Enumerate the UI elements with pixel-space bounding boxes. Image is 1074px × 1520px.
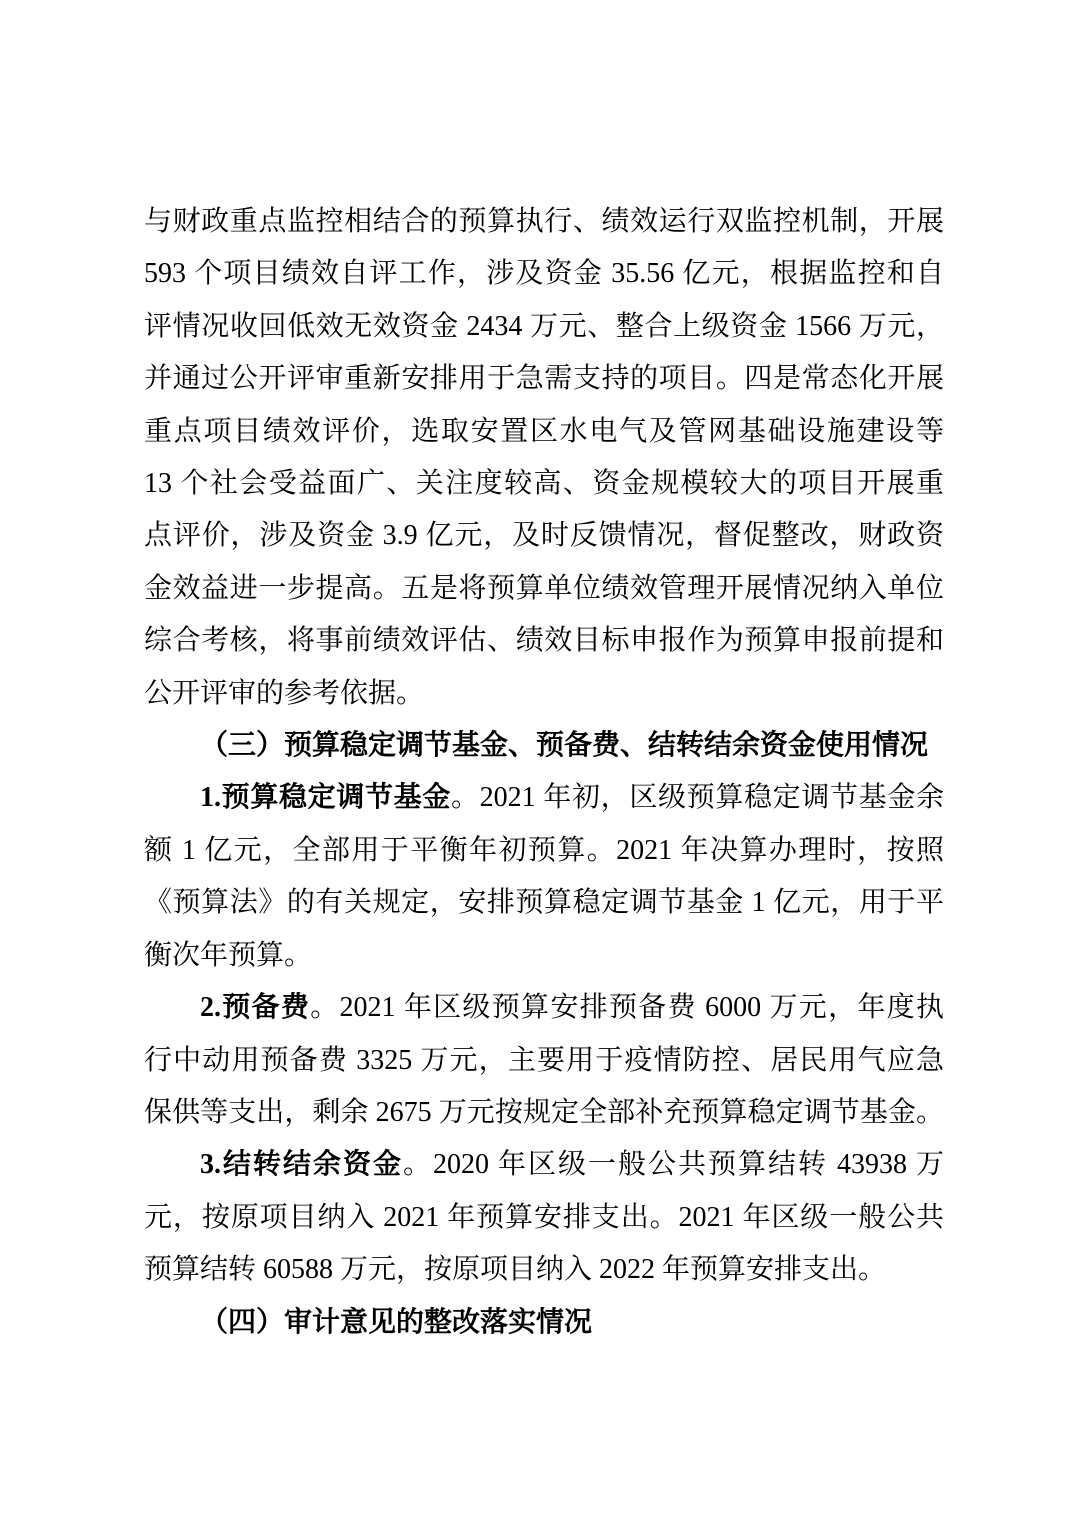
body-text-run: 。2021 年初，区级预算稳定调节基金余 (451, 782, 944, 813)
body-text-line: 元，按原项目纳入 2021 年预算安排支出。2021 年区级一般公共 (144, 1192, 944, 1244)
body-text-line: 13 个社会受益面广、关注度较高、资金规模较大的项目开展重 (144, 458, 944, 510)
body-text-line: 1.预算稳定调节基金。2021 年初，区级预算稳定调节基金余 (144, 772, 944, 824)
body-text-line: 行中动用预备费 3325 万元，主要用于疫情防控、居民用气应急 (144, 1035, 944, 1087)
document-text-block: 与财政重点监控相结合的预算执行、绩效运行双监控机制，开展 593 个项目绩效自评… (144, 196, 944, 1349)
body-text-line: 金效益进一步提高。五是将预算单位绩效管理开展情况纳入单位 (144, 563, 944, 615)
section-heading-3: （三）预算稳定调节基金、预备费、结转结余资金使用情况 (144, 720, 944, 772)
item-number-title: 1.预算稳定调节基金 (200, 782, 451, 813)
body-text-run: 。2021 年区级预算安排预备费 6000 万元，年度执 (310, 992, 944, 1023)
body-text-line: 保供等支出，剩余 2675 万元按规定全部补充预算稳定调节基金。 (144, 1087, 944, 1139)
body-text-line: 3.结转结余资金。2020 年区级一般公共预算结转 43938 万 (144, 1139, 944, 1191)
body-text-line: 与财政重点监控相结合的预算执行、绩效运行双监控机制，开展 (144, 196, 944, 248)
body-text-line: 预算结转 60588 万元，按原项目纳入 2022 年预算安排支出。 (144, 1244, 944, 1296)
body-text-line: 衡次年预算。 (144, 930, 944, 982)
body-text-line: 《预算法》的有关规定，安排预算稳定调节基金 1 亿元，用于平 (144, 877, 944, 929)
body-text-line: 额 1 亿元，全部用于平衡年初预算。2021 年决算办理时，按照 (144, 825, 944, 877)
body-text-line: 重点项目绩效评价，选取安置区水电气及管网基础设施建设等 (144, 406, 944, 458)
body-text-run: 。2020 年区级一般公共预算结转 43938 万 (403, 1149, 944, 1180)
item-number-title: 3.结转结余资金 (200, 1149, 403, 1180)
body-text-line: 593 个项目绩效自评工作，涉及资金 35.56 亿元，根据监控和自 (144, 248, 944, 300)
section-heading-4: （四）审计意见的整改落实情况 (144, 1297, 944, 1349)
body-text-line: 公开评审的参考依据。 (144, 668, 944, 720)
document-page: 与财政重点监控相结合的预算执行、绩效运行双监控机制，开展 593 个项目绩效自评… (0, 0, 1074, 1520)
body-text-line: 2.预备费。2021 年区级预算安排预备费 6000 万元，年度执 (144, 982, 944, 1034)
body-text-line: 综合考核，将事前绩效评估、绩效目标申报作为预算申报前提和 (144, 615, 944, 667)
body-text-line: 并通过公开评审重新安排用于急需支持的项目。四是常态化开展 (144, 353, 944, 405)
body-text-line: 点评价，涉及资金 3.9 亿元，及时反馈情况，督促整改，财政资 (144, 510, 944, 562)
item-number-title: 2.预备费 (200, 992, 310, 1023)
body-text-line: 评情况收回低效无效资金 2434 万元、整合上级资金 1566 万元， (144, 301, 944, 353)
